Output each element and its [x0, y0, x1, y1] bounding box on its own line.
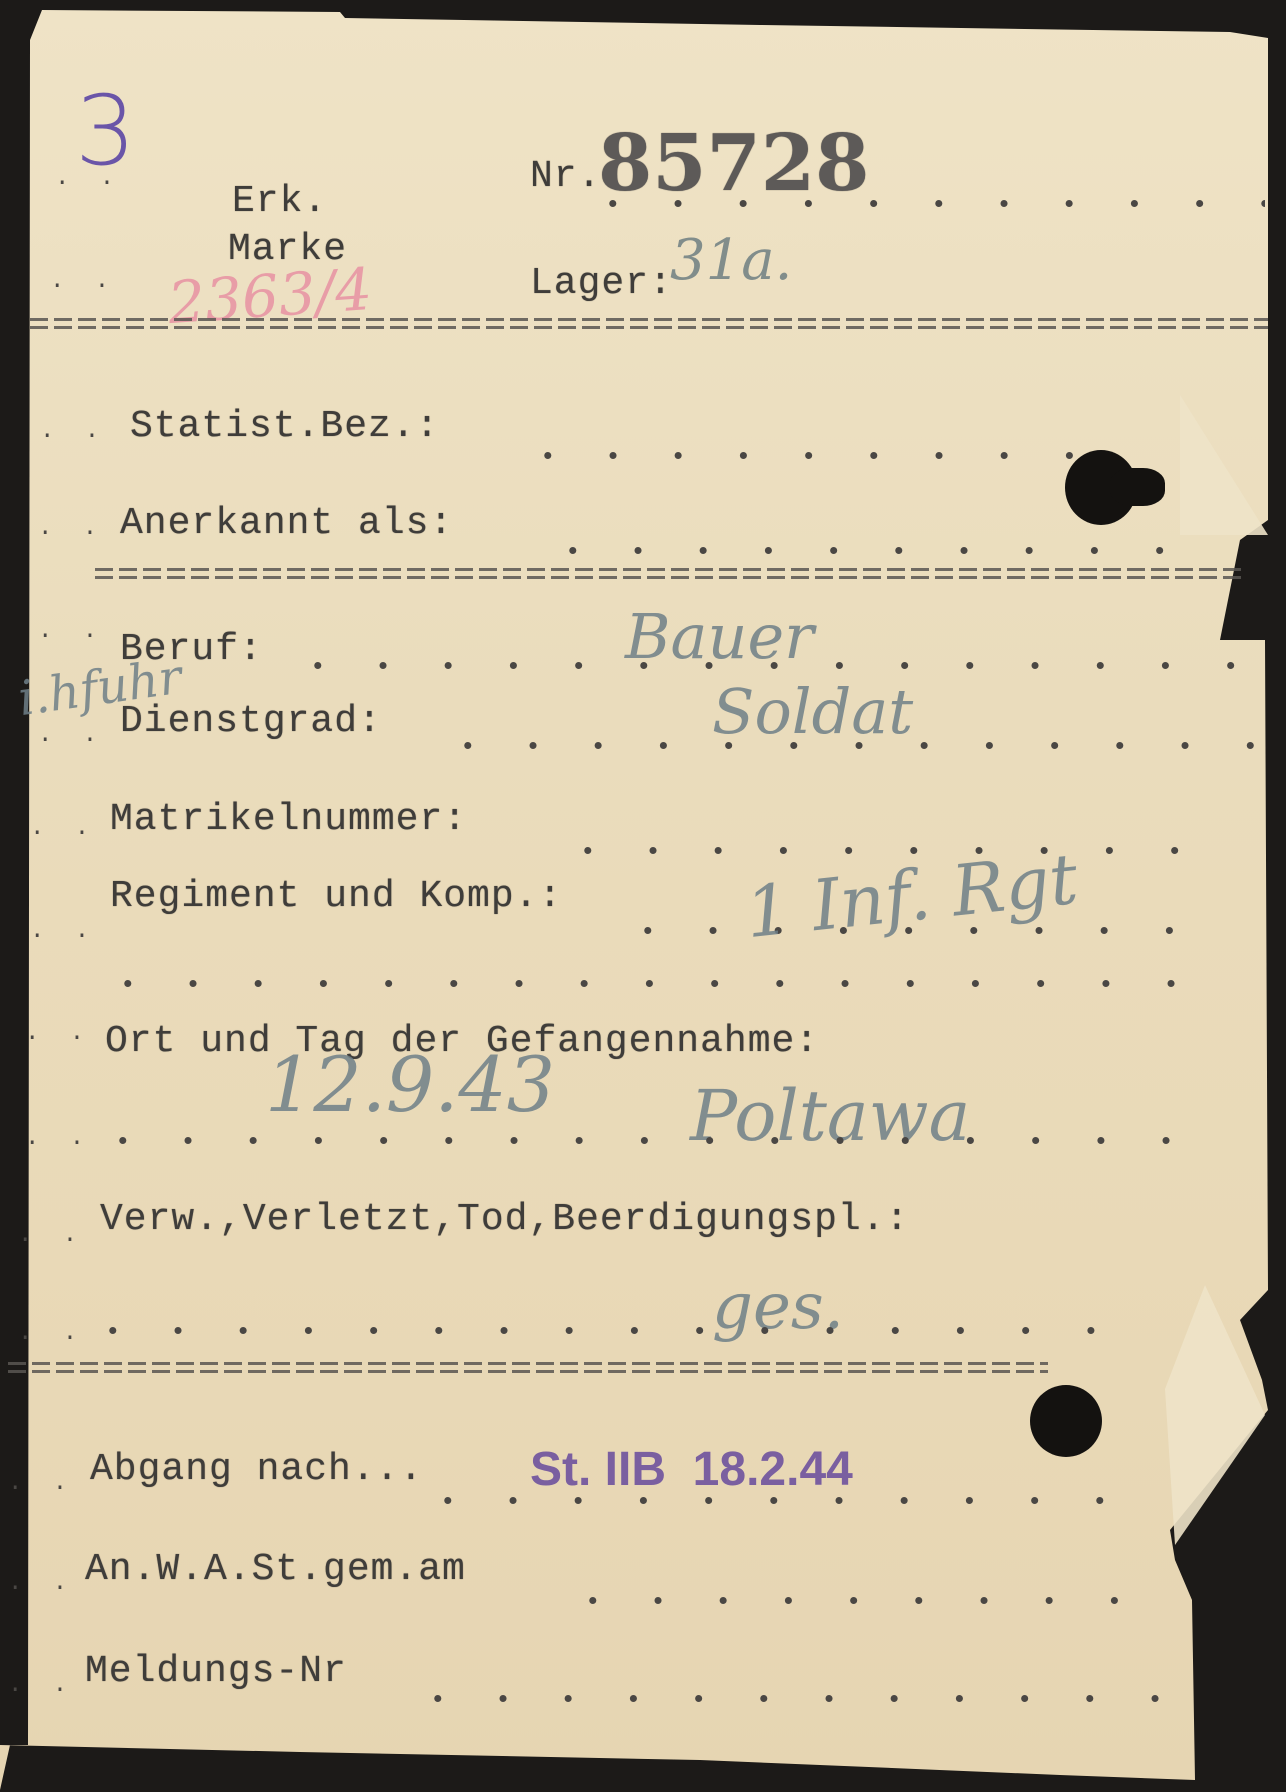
- abgang-label: Abgang nach...: [90, 1448, 423, 1491]
- separator-3: [8, 1362, 1048, 1374]
- erk-label: Erk.: [232, 180, 327, 223]
- margin-marks-1: . .: [55, 165, 122, 192]
- regiment-label: Regiment und Komp.:: [110, 875, 562, 918]
- statist-bez-label: Statist.Bez.:: [130, 405, 439, 448]
- dot-line-1: • • • • • • • • • • • • • • • • • • • • …: [120, 978, 1210, 992]
- anerkannt-als-label: Anerkannt als:: [120, 502, 453, 545]
- dot-line-3: • • • • • • • • • • • • • • • • • • • • …: [105, 1325, 1105, 1339]
- an-wast-label: An.W.A.St.gem.am: [85, 1548, 466, 1591]
- punch-hole-top-tear: [1110, 468, 1165, 506]
- separator-1: [30, 318, 1268, 330]
- margin-marks-5: . .: [38, 618, 105, 645]
- dot-line-2: • • • • • • • • • • • • • • • • • • • • …: [115, 1135, 1210, 1149]
- margin-marks-6: . .: [38, 722, 105, 749]
- margin-marks-11: . .: [18, 1222, 85, 1249]
- margin-marks-3: . .: [40, 418, 107, 445]
- statist-bez-dot-leader: • • • • • • • • • • • • • • • • • • • • …: [540, 450, 1080, 464]
- abgang-dot-leader: • • • • • • • • • • • • • • • • • • • • …: [440, 1495, 1130, 1509]
- punch-hole-bottom: [1030, 1385, 1102, 1457]
- nr-value: 85728: [598, 118, 869, 209]
- margin-marks-4: . .: [38, 515, 105, 542]
- meldungs-nr-label: Meldungs-Nr: [85, 1650, 347, 1693]
- margin-marks-9: . .: [25, 1020, 92, 1047]
- nr-label: Nr.: [530, 155, 601, 198]
- beruf-value: Bauer: [625, 600, 814, 673]
- margin-marks-10: . .: [25, 1125, 92, 1152]
- gefangennahme-date: 12.9.43: [265, 1040, 555, 1129]
- dienstgrad-value: Soldat: [712, 675, 913, 748]
- separator-2: [95, 568, 1245, 580]
- meldungs-nr-dot-leader: • • • • • • • • • • • • • • • • • • • • …: [430, 1693, 1180, 1707]
- margin-marks-8: . .: [30, 918, 97, 945]
- margin-marks-7: . .: [30, 815, 97, 842]
- margin-marks-14: . .: [8, 1570, 75, 1597]
- margin-marks-15: . .: [8, 1672, 75, 1699]
- an-wast-dot-leader: • • • • • • • • • • • • • • • • • • • • …: [585, 1595, 1175, 1609]
- nr-dot-leader: • • • • • • • • • • • • • • • • • • • • …: [605, 198, 1265, 212]
- lager-label: Lager:: [530, 262, 673, 305]
- abgang-stamp: St. IIB 18.2.44: [530, 1442, 853, 1497]
- margin-marks-12: . .: [18, 1320, 85, 1347]
- lager-value: 31a.: [670, 228, 792, 293]
- verwundet-label: Verw.,Verletzt,Tod,Beerdigungspl.:: [100, 1198, 909, 1241]
- anerkannt-als-dot-leader: • • • • • • • • • • • • • • • • • • • • …: [565, 545, 1205, 559]
- margin-marks-2: . .: [50, 268, 117, 295]
- matrikelnummer-label: Matrikelnummer:: [110, 798, 467, 841]
- margin-marks-13: . .: [8, 1470, 75, 1497]
- dienstgrad-label: Dienstgrad:: [120, 700, 382, 743]
